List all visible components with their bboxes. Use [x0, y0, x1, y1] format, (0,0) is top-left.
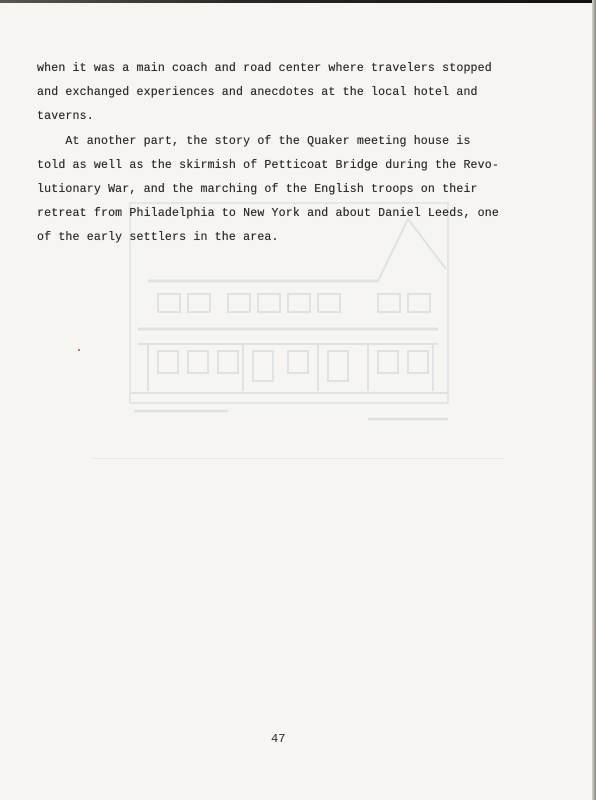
- text-line: At another part, the story of the Quaker…: [37, 130, 537, 154]
- typewritten-text: when it was a main coach and road center…: [37, 57, 537, 251]
- text-line: told as well as the skirmish of Petticoa…: [37, 154, 537, 178]
- text-line: taverns.: [37, 105, 537, 129]
- paragraph-1: when it was a main coach and road center…: [37, 57, 537, 130]
- text-line: of the early settlers in the area.: [37, 226, 537, 250]
- scan-right-edge: [592, 0, 596, 800]
- page-number: 47: [271, 732, 285, 746]
- text-line: when it was a main coach and road center…: [37, 57, 537, 81]
- paragraph-2: At another part, the story of the Quaker…: [37, 130, 537, 251]
- text-line: and exchanged experiences and anecdotes …: [37, 81, 537, 105]
- bleed-through-rule: [92, 458, 504, 459]
- document-page: when it was a main coach and road center…: [0, 3, 592, 800]
- text-line: retreat from Philadelphia to New York an…: [37, 202, 537, 226]
- text-line: lutionary War, and the marching of the E…: [37, 178, 537, 202]
- ink-speck: [78, 349, 80, 351]
